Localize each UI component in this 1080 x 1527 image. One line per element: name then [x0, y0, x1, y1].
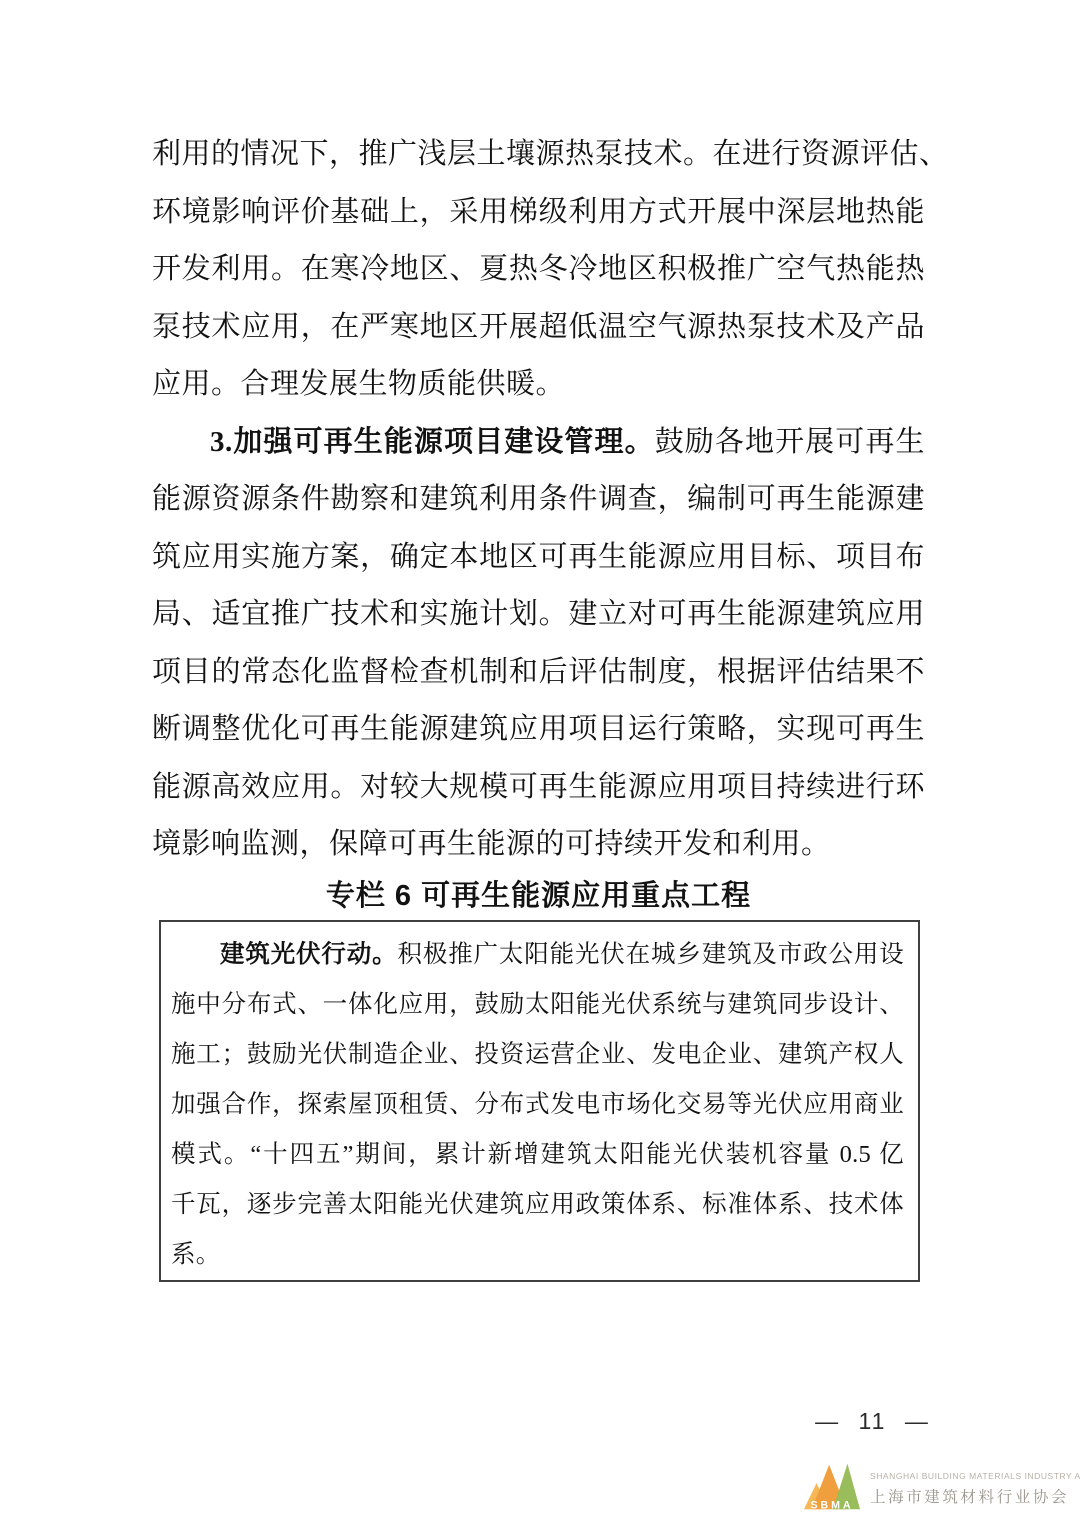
text-line: 加强合作，探索屋顶租赁、分布式发电市场化交易等光伏应用商业 [171, 1080, 904, 1130]
association-logo: SBMA SHANGHAI BUILDING MATERIALS INDUSTR… [803, 1460, 1080, 1514]
text-line: 应用。合理发展生物质能供暖。 [152, 356, 925, 414]
text-line: 施中分布式、一体化应用，鼓励太阳能光伏系统与建筑同步设计、 [171, 980, 904, 1030]
paragraph-project-management-first-line: 3.加强可再生能源项目建设管理。鼓励各地开展可再生 [152, 414, 925, 472]
text-line: 泵技术应用，在严寒地区开展超低温空气源热泵技术及产品 [152, 299, 925, 357]
feature-box-lead-rest: 积极推广太阳能光伏在城乡建筑及市政公用设 [397, 941, 904, 968]
logo-acronym: SBMA [811, 1499, 854, 1511]
logo-text-block: SHANGHAI BUILDING MATERIALS INDUSTRY ASS… [870, 1471, 1080, 1507]
text-line: 开发利用。在寒冷地区、夏热冬冷地区积极推广空气热能热 [152, 241, 925, 299]
feature-box-lead-bold: 建筑光伏行动。 [220, 941, 397, 968]
text-line: 局、适宜推广技术和实施计划。建立对可再生能源建筑应用 [152, 586, 925, 644]
text-line: 系。 [171, 1230, 904, 1280]
sbma-mountain-logo-icon: SBMA [803, 1460, 861, 1514]
text-line: 千瓦，逐步完善太阳能光伏建筑应用政策体系、标准体系、技术体 [171, 1180, 904, 1230]
text-line: 施工；鼓励光伏制造企业、投资运营企业、发电企业、建筑产权人 [171, 1030, 904, 1080]
text-line: 模式。“十四五”期间，累计新增建筑太阳能光伏装机容量 0.5 亿 [171, 1130, 904, 1180]
feature-box-body: 施中分布式、一体化应用，鼓励太阳能光伏系统与建筑同步设计、施工；鼓励光伏制造企业… [171, 980, 904, 1280]
text-line: 能源资源条件勘察和建筑利用条件调查，编制可再生能源建 [152, 471, 925, 529]
text-line: 能源高效应用。对较大规模可再生能源应用项目持续进行环 [152, 759, 925, 817]
text-line: 断调整优化可再生能源建筑应用项目运行策略，实现可再生 [152, 701, 925, 759]
paragraph-heat-pump: 利用的情况下，推广浅层土壤源热泵技术。在进行资源评估、环境影响评价基础上，采用梯… [152, 126, 925, 414]
text-line: 项目的常态化监督检查机制和后评估制度，根据评估结果不 [152, 644, 925, 702]
text-line: 筑应用实施方案，确定本地区可再生能源应用目标、项目布 [152, 529, 925, 587]
feature-box-first-line: 建筑光伏行动。积极推广太阳能光伏在城乡建筑及市政公用设 [171, 930, 904, 980]
document-page: 利用的情况下，推广浅层土壤源热泵技术。在进行资源评估、环境影响评价基础上，采用梯… [0, 0, 1080, 1527]
feature-box-title: 专栏 6 可再生能源应用重点工程 [152, 874, 925, 919]
text-line: 环境影响评价基础上，采用梯级利用方式开展中深层地热能 [152, 184, 925, 242]
page-number: — 11 — [790, 1408, 955, 1435]
paragraph-project-management: 能源资源条件勘察和建筑利用条件调查，编制可再生能源建筑应用实施方案，确定本地区可… [152, 471, 925, 874]
paragraph-lead-rest: 鼓励各地开展可再生 [655, 426, 925, 458]
paragraph-lead-bold: 3.加强可再生能源项目建设管理。 [210, 426, 655, 458]
logo-name-english: SHANGHAI BUILDING MATERIALS INDUSTRY ASS… [870, 1471, 1080, 1481]
feature-box: 建筑光伏行动。积极推广太阳能光伏在城乡建筑及市政公用设 施中分布式、一体化应用，… [159, 920, 920, 1282]
page-body: 利用的情况下，推广浅层土壤源热泵技术。在进行资源评估、环境影响评价基础上，采用梯… [152, 126, 925, 1282]
text-line: 利用的情况下，推广浅层土壤源热泵技术。在进行资源评估、 [152, 126, 925, 184]
text-line: 境影响监测，保障可再生能源的可持续开发和利用。 [152, 816, 925, 874]
logo-name-chinese: 上海市建筑材料行业协会 [870, 1485, 1080, 1507]
